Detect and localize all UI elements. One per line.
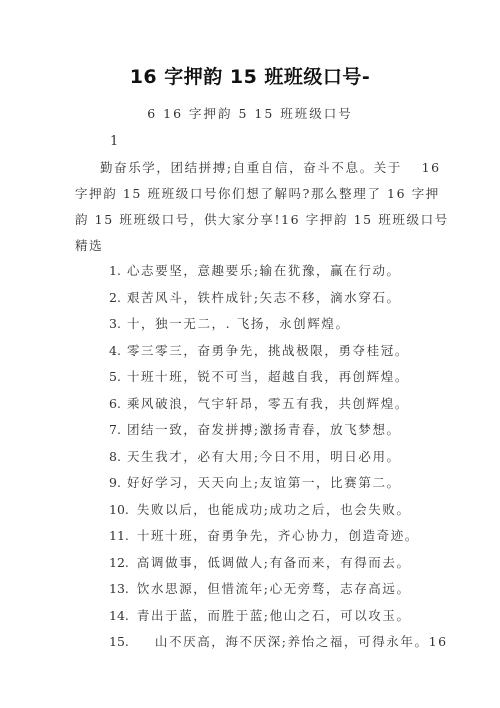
item-number: 15.: [109, 629, 129, 656]
list-item: 13.饮水思源，但惜流年;心无旁骛，志存高远。: [109, 576, 429, 603]
list-item: 7.团结一致，奋发拼搏;激扬青春，放飞梦想。: [109, 417, 429, 444]
item-number: 1.: [109, 258, 121, 285]
list-item: 1.心志要坚，意趣要乐;输在犹豫，赢在行动。: [109, 258, 429, 285]
list-item: 8.天生我才，必有大用;今日不用，明日必用。: [109, 444, 429, 471]
intro-line: 韵 15 班班级口号，供大家分享!16 字押韵 15 班班级口号: [75, 207, 427, 233]
list-item: 6.乘风破浪，气宇轩昂，零五有我，共创辉煌。: [109, 391, 429, 418]
item-number: 13.: [109, 576, 129, 603]
item-text: 十班十班，锐不可当，超越自我，再创辉煌。: [127, 369, 409, 384]
intro-line: 勤奋乐学，团结拼搏;自重自信，奋斗不息。关于 16: [75, 155, 427, 181]
item-text: 青出于蓝，而胜于蓝;他山之石，可以攻玉。: [137, 608, 411, 623]
intro-line: 字押韵 15 班班级口号你们想了解吗?那么整理了 16 字押: [75, 181, 427, 207]
list-item: 4.零三零三，奋勇争先，挑战极限，勇夺桂冠。: [109, 338, 429, 365]
document-title: 16 字押韵 15 班班级口号-: [0, 62, 500, 89]
item-text: 十，独一无二，. 飞扬，永创辉煌。: [127, 316, 350, 331]
item-text: 零三零三，奋勇争先，挑战极限，勇夺桂冠。: [127, 343, 409, 358]
list-item: 15.山不厌高，海不厌深;养怡之福，可得永年。16: [109, 629, 429, 656]
item-number: 10.: [109, 497, 129, 524]
item-text: 天生我才，必有大用;今日不用，明日必用。: [127, 449, 401, 464]
list-item: 14.青出于蓝，而胜于蓝;他山之石，可以攻玉。: [109, 603, 429, 630]
document-page: 16 字押韵 15 班班级口号- 6 16 字押韵 5 15 班班级口号 1 勤…: [0, 0, 500, 708]
list-item: 3.十，独一无二，. 飞扬，永创辉煌。: [109, 311, 429, 338]
item-text: 乘风破浪，气宇轩昂，零五有我，共创辉煌。: [127, 396, 409, 411]
list-item: 5.十班十班，锐不可当，超越自我，再创辉煌。: [109, 364, 429, 391]
intro-paragraph: 勤奋乐学，团结拼搏;自重自信，奋斗不息。关于 16 字押韵 15 班班级口号你们…: [75, 155, 427, 259]
item-number: 8.: [109, 444, 121, 471]
list-item: 10.失败以后，也能成功;成功之后，也会失败。: [109, 497, 429, 524]
intro-line: 精选: [75, 233, 427, 259]
item-number: 3.: [109, 311, 121, 338]
list-item: 11.十班十班，奋勇争先，齐心协力，创造奇迹。: [109, 523, 429, 550]
list-item: 2.艰苦风斗，铁杵成针;矢志不移，滴水穿石。: [109, 285, 429, 312]
list-item: 12.高调做事，低调做人;有备而来，有得而去。: [109, 550, 429, 577]
slogan-list: 1.心志要坚，意趣要乐;输在犹豫，赢在行动。 2.艰苦风斗，铁杵成针;矢志不移，…: [109, 258, 429, 656]
page-number: 1: [110, 134, 118, 149]
item-number: 6.: [109, 391, 121, 418]
item-number: 5.: [109, 364, 121, 391]
item-text: 心志要坚，意趣要乐;输在犹豫，赢在行动。: [127, 263, 401, 278]
item-number: 4.: [109, 338, 121, 365]
item-text: 高调做事，低调做人;有备而来，有得而去。: [137, 555, 411, 570]
item-text: 山不厌高，海不厌深;养怡之福，可得永年。16: [155, 634, 448, 649]
item-text: 十班十班，奋勇争先，齐心协力，创造奇迹。: [137, 528, 419, 543]
item-text: 团结一致，奋发拼搏;激扬青春，放飞梦想。: [127, 422, 401, 437]
document-subtitle: 6 16 字押韵 5 15 班班级口号: [0, 104, 500, 122]
item-number: 2.: [109, 285, 121, 312]
item-number: 9.: [109, 470, 121, 497]
item-text: 艰苦风斗，铁杵成针;矢志不移，滴水穿石。: [127, 290, 401, 305]
item-number: 12.: [109, 550, 129, 577]
item-number: 14.: [109, 603, 129, 630]
item-number: 7.: [109, 417, 121, 444]
item-text: 失败以后，也能成功;成功之后，也会失败。: [137, 502, 411, 517]
item-text: 好好学习，天天向上;友谊第一，比赛第二。: [127, 475, 401, 490]
item-number: 11.: [109, 523, 129, 550]
item-text: 饮水思源，但惜流年;心无旁骛，志存高远。: [137, 581, 411, 596]
list-item: 9.好好学习，天天向上;友谊第一，比赛第二。: [109, 470, 429, 497]
